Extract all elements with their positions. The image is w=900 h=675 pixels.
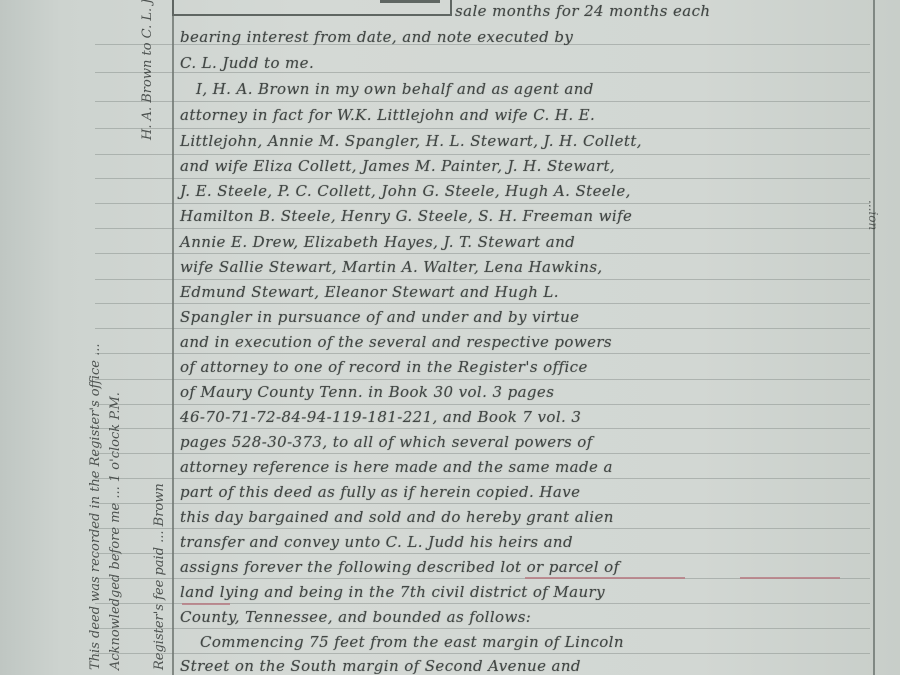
deed-line: Spangler in pursuance of and under and b… bbox=[180, 308, 579, 326]
deed-line: transfer and convey unto C. L. Judd his … bbox=[180, 533, 573, 551]
deed-line: Street on the South margin of Second Ave… bbox=[180, 657, 581, 675]
deed-line: assigns forever the following described … bbox=[180, 558, 620, 576]
deed-line: J. E. Steele, P. C. Collett, John G. Ste… bbox=[180, 182, 631, 200]
deed-line: of attorney to one of record in the Regi… bbox=[180, 358, 588, 376]
deed-line: County, Tennessee, and bounded as follow… bbox=[180, 608, 531, 626]
red-underline bbox=[525, 577, 685, 579]
deed-line: 46-70-71-72-84-94-119-181-221, and Book … bbox=[180, 408, 581, 426]
deed-line: C. L. Judd to me. bbox=[180, 54, 314, 72]
right-margin-note: ...ion bbox=[866, 200, 880, 230]
deed-line: attorney reference is here made and the … bbox=[180, 458, 613, 476]
deed-line: Commencing 75 feet from the east margin … bbox=[200, 633, 624, 651]
deed-line: this day bargained and sold and do hereb… bbox=[180, 508, 614, 526]
deed-line: bearing interest from date, and note exe… bbox=[180, 28, 573, 46]
deed-line: Annie E. Drew, Elizabeth Hayes, J. T. St… bbox=[180, 233, 575, 251]
deed-line: of Maury County Tenn. in Book 30 vol. 3 … bbox=[180, 383, 554, 401]
deed-line: and wife Eliza Collett, James M. Painter… bbox=[180, 157, 615, 175]
margin-entry-3: H. A. Brown to C. L. Judd bbox=[140, 0, 155, 140]
red-underline bbox=[182, 603, 230, 605]
deed-line: part of this deed as fully as if herein … bbox=[180, 483, 580, 501]
deed-line: sale months for 24 months each bbox=[455, 2, 710, 20]
deed-line: land lying and being in the 7th civil di… bbox=[180, 583, 605, 601]
margin-rule-left bbox=[172, 0, 174, 675]
red-underline bbox=[740, 577, 840, 579]
deed-line: I, H. A. Brown in my own behalf and as a… bbox=[196, 80, 594, 98]
margin-bar bbox=[380, 0, 440, 3]
deed-line: attorney in fact for W.K. Littlejohn and… bbox=[180, 106, 595, 124]
margin-rule-right bbox=[873, 0, 875, 675]
deed-line: pages 528-30-373, to all of which severa… bbox=[180, 433, 593, 451]
deed-line: wife Sallie Stewart, Martin A. Walter, L… bbox=[180, 258, 603, 276]
deed-page: This deed was recorded in the Register's… bbox=[0, 0, 900, 675]
margin-entry-1: This deed was recorded in the Register's… bbox=[88, 344, 103, 670]
deed-line: and in execution of the several and resp… bbox=[180, 333, 612, 351]
deed-line: Edmund Stewart, Eleanor Stewart and Hugh… bbox=[180, 283, 559, 301]
deed-line: Littlejohn, Annie M. Spangler, H. L. Ste… bbox=[180, 132, 642, 150]
deed-line: Hamilton B. Steele, Henry G. Steele, S. … bbox=[180, 207, 632, 225]
margin-entry-2: Acknowledged before me ... 1 o'clock P.M… bbox=[108, 392, 123, 670]
margin-entry-4: Register's fee paid ... Brown bbox=[152, 483, 167, 670]
